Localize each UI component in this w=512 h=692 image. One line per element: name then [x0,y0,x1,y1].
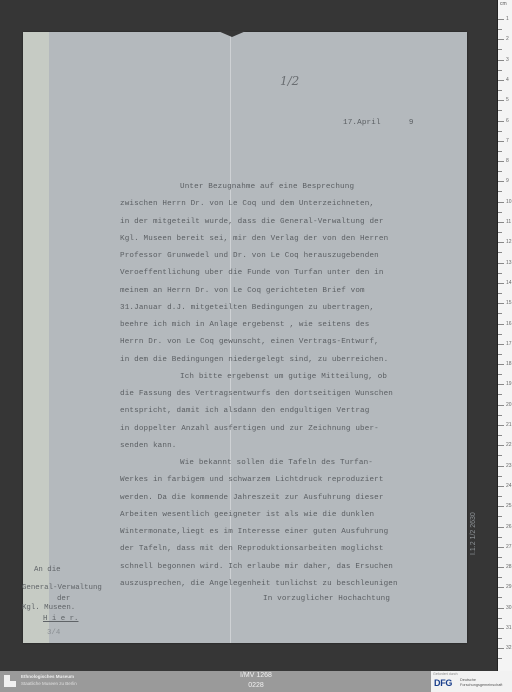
ruler-tick [498,141,504,142]
letter-body-line: in der mitgeteilt wurde, dass die Genera… [120,218,384,226]
address-line: H i e r. [43,615,78,623]
ruler-tick [498,567,504,568]
ruler-tick [498,344,504,345]
letter-closing: In vorzuglicher Hochachtung [263,595,390,603]
ruler-tick-half [498,618,502,619]
letter-body-line: werden. Da die kommende Jahreszeit zur A… [120,494,384,502]
dfg-logo-icon: DFG [434,678,452,688]
ruler-label: 26 [506,524,512,530]
archive-mark: I.1.2 1/2 2630 [470,512,477,555]
ruler-tick [498,161,504,162]
ruler-tick-half [498,252,502,253]
ruler-tick [498,324,504,325]
letter-body-line: schnell begonnen wird. Ich erlaube mir d… [120,563,393,571]
ruler-label: 25 [506,503,512,509]
ruler-tick [498,121,504,122]
ruler-tick-half [498,354,502,355]
letter-body-line: Wintermonate,liegt es im Interesse einer… [120,528,388,536]
ruler-tick-half [498,29,502,30]
ruler-label: 27 [506,544,512,550]
letter-body-line: Herrn Dr. von Le Coq gewunscht, einen Ve… [120,338,379,346]
ruler-label: 11 [506,219,511,225]
ruler-label: 20 [506,402,512,408]
ruler-label: 16 [506,321,512,327]
scale-ruler: cm 1234567891011121314151617181920212223… [497,0,512,671]
ruler-label: 1 [506,16,509,22]
torn-notch [218,31,246,37]
ruler-label: 6 [506,118,509,124]
ruler-tick-half [498,171,502,172]
ruler-tick-half [498,191,502,192]
address-line: General-Verwaltung [22,584,102,592]
ruler-tick [498,181,504,182]
ruler-tick-half [498,212,502,213]
funder-name-line1: Deutsche [460,678,476,682]
ruler-tick-half [498,658,502,659]
letter-body-line: Kgl. Museen bereit sei, mir den Verlag d… [120,235,388,243]
ruler-tick [498,303,504,304]
ruler-tick [498,506,504,507]
ruler-label: 30 [506,605,512,611]
ruler-tick-half [498,537,502,538]
ruler-label: 18 [506,361,512,367]
ruler-tick-half [498,151,502,152]
ruler-label: 21 [506,422,512,428]
letter-body-line: die Fassung des Vertragsentwurfs den dor… [120,390,393,398]
ruler-tick-half [498,516,502,517]
ruler-tick [498,364,504,365]
paper-edge-strip [23,32,49,643]
ruler-label: 29 [506,584,512,590]
ruler-tick-half [498,293,502,294]
letter-body-line: Unter Bezugnahme auf eine Besprechung [180,183,354,191]
ruler-tick [498,547,504,548]
ruler-tick-half [498,90,502,91]
ruler-label: 5 [506,97,509,103]
ruler-tick [498,527,504,528]
ruler-tick [498,628,504,629]
ruler-tick-half [498,557,502,558]
ruler-label: 17 [506,341,512,347]
pencil-mark: 3/4 [47,629,60,637]
ruler-tick [498,222,504,223]
ruler-label: 13 [506,260,512,266]
ruler-tick [498,608,504,609]
ruler-tick [498,60,504,61]
ruler-tick [498,263,504,264]
ruler-label: 12 [506,239,512,245]
ruler-label: 8 [506,158,509,164]
ruler-tick-half [498,110,502,111]
ruler-tick [498,648,504,649]
ruler-tick-half [498,70,502,71]
ruler-tick-half [498,374,502,375]
ruler-tick-half [498,131,502,132]
ruler-tick-half [498,455,502,456]
ruler-label: 3 [506,57,509,63]
ruler-label: 10 [506,199,512,205]
ruler-tick [498,405,504,406]
ruler-label: 7 [506,138,509,144]
ruler-tick [498,587,504,588]
ruler-tick-half [498,496,502,497]
letter-body-line: in dem die Bedingungen niedergelegt sind… [120,356,388,364]
letter-body-line: beehre ich mich in Anlage ergebenst , wi… [120,321,369,329]
letter-body-line: Professor Grunwedel und Dr. von Le Coq h… [120,252,379,260]
ruler-label: 28 [506,564,512,570]
ruler-tick [498,445,504,446]
letter-body-line: Arbeiten wesentlich geeigneter ist als w… [120,511,374,519]
footer-bar: Ethnologisches Museum Staatliche Museen … [0,671,512,692]
ruler-tick [498,486,504,487]
ruler-tick [498,19,504,20]
scan-viewer: 1/2 17.April 9 Unter Bezugnahme auf eine… [0,0,497,671]
letter-body-line: auszusprechen, die Angelegenheit tunlich… [120,580,398,588]
ruler-label: 9 [506,178,509,184]
ruler-tick [498,80,504,81]
ruler-label: 24 [506,483,512,489]
letter-body-line: entspricht, damit ich alsdann den endgul… [120,407,369,415]
address-line: Kgl. Museen. [22,604,75,612]
ruler-tick-half [498,334,502,335]
letter-body-line: Wie bekannt sollen die Tafeln des Turfan… [180,459,373,467]
ruler-unit: cm [500,1,507,7]
ruler-tick [498,242,504,243]
ruler-tick-half [498,597,502,598]
ruler-tick-half [498,415,502,416]
ruler-tick-half [498,49,502,50]
ruler-tick [498,425,504,426]
ruler-tick [498,384,504,385]
ruler-label: 23 [506,463,512,469]
ruler-label: 15 [506,300,512,306]
ruler-label: 22 [506,442,512,448]
ruler-tick [498,466,504,467]
ruler-tick [498,202,504,203]
ruler-label: 2 [506,36,509,42]
funder-caption: Gefordert durch [433,672,458,676]
ruler-tick [498,283,504,284]
letter-date: 17.April 9 [343,119,414,127]
letter-body-line: in doppelter Anzahl ausfertigen und zur … [120,425,379,433]
ruler-tick-half [498,435,502,436]
letter-body-line: der Tafeln, dass mit den Reproduktionsar… [120,545,384,553]
ruler-label: 19 [506,381,512,387]
address-line: An die [34,566,61,574]
ruler-tick-half [498,476,502,477]
ruler-label: 4 [506,77,509,83]
letter-body-line: 31.Januar d.J. mitgeteilten Bedingungen … [120,304,374,312]
ruler-tick-half [498,394,502,395]
ruler-tick-half [498,273,502,274]
pencil-folio-note: 1/2 [280,74,299,88]
ruler-tick-half [498,232,502,233]
letter-body-line: meinem an Herrn Dr. von Le Coq gerichtet… [120,287,365,295]
ruler-label: 31 [506,625,512,631]
ruler-tick-half [498,638,502,639]
ruler-tick-half [498,313,502,314]
letter-page: 1/2 17.April 9 Unter Bezugnahme auf eine… [23,32,467,643]
ruler-label: 14 [506,280,512,286]
letter-body-line: Ich bitte ergebenst um gutige Mitteilung… [180,373,387,381]
ruler-tick-half [498,577,502,578]
letter-body-line: senden kann. [120,442,176,450]
letter-body-line: Werkes in farbigem und schwarzem Lichtdr… [120,476,384,484]
ruler-tick [498,39,504,40]
ruler-label: 32 [506,645,512,651]
letter-body-line: Veroeffentlichung uber die Funde von Tur… [120,269,384,277]
address-line: der [57,595,70,603]
funder-panel: Gefordert durch DFG Deutsche Forschungsg… [431,671,512,692]
letter-body-line: zwischen Herrn Dr. von Le Coq und dem Un… [120,200,374,208]
funder-name-line2: Forschungsgemeinschaft [460,683,502,687]
ruler-tick [498,100,504,101]
